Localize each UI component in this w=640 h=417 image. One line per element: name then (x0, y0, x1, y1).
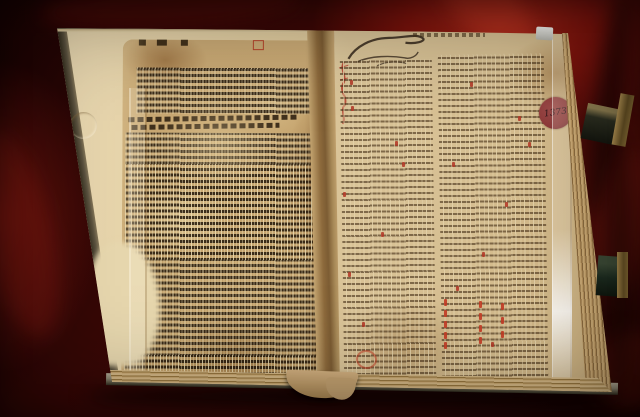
clasp-upper (584, 94, 634, 150)
rubric-mark (348, 272, 351, 277)
rubric-mark (491, 342, 494, 347)
rubric-mark (456, 286, 459, 291)
rubric-mark (362, 322, 365, 327)
gothic-text-block-upper (137, 68, 325, 115)
rubric-mark (479, 313, 482, 320)
rubric-mark (479, 301, 482, 308)
ex-libris-inscription-line1 (128, 115, 296, 123)
rubric-mark (402, 162, 405, 167)
rubric-mark (444, 332, 447, 339)
display-strap-left (129, 88, 147, 384)
rubric-mark (518, 116, 521, 121)
rubric-mark (501, 317, 504, 324)
rubric-mark (505, 202, 508, 207)
gothic-text-block-lower (124, 132, 331, 376)
red-outline-mark (253, 40, 264, 50)
rubric-mark (444, 321, 447, 328)
page-clip (536, 27, 554, 41)
rubric-mark (444, 299, 447, 306)
clasp-brass-tip (617, 252, 628, 298)
marginal-mark (157, 40, 167, 46)
rubric-mark (479, 337, 482, 344)
rubric-mark (528, 142, 531, 147)
rubric-mark (350, 80, 353, 85)
rubric-mark (381, 232, 384, 237)
clasp-lower (597, 252, 633, 300)
rubric-mark (479, 325, 482, 332)
rubric-mark (482, 252, 485, 257)
rubric-mark (444, 342, 447, 349)
embossed-stamp (70, 112, 97, 139)
rubric-mark (343, 192, 346, 197)
marginal-mark (181, 40, 188, 46)
velvet-fold-highlight (0, 125, 76, 346)
rubric-mark (501, 331, 504, 338)
rubric-mark (470, 82, 473, 87)
photograph-stage: 1373 (0, 0, 640, 417)
top-page-edges (57, 27, 325, 33)
rubric-mark (395, 141, 398, 146)
ex-libris-inscription-line2 (131, 123, 279, 130)
book: 1373 (50, 20, 625, 400)
marginal-mark (139, 40, 146, 46)
rubric-mark (452, 162, 455, 167)
rubric-mark (444, 310, 447, 317)
clasp-brass-tip (612, 93, 635, 147)
rubric-mark (501, 303, 504, 310)
rubric-mark (351, 106, 354, 111)
